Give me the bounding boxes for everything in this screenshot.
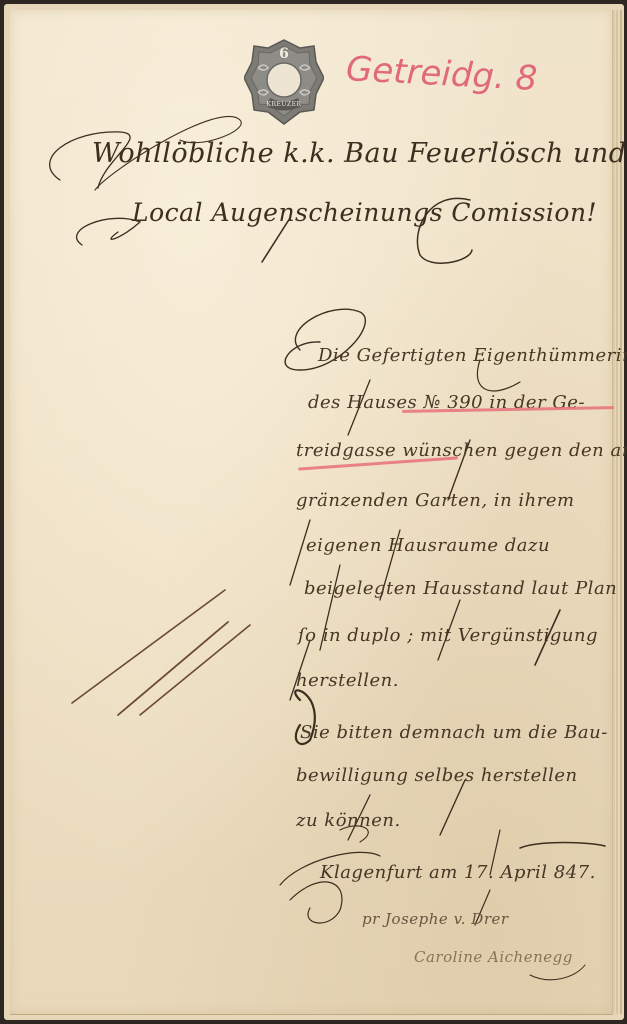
body-line: beigelegten Hausstand laut Plan bbox=[304, 578, 617, 599]
body-line: gränzenden Garten, in ihrem bbox=[296, 490, 575, 511]
body-line: ſo in duplo ; mit Vergünstigung bbox=[298, 625, 598, 646]
body-line: treidgasse wünschen gegen den an- bbox=[296, 440, 627, 461]
salutation-line-2: Local Augenscheinungs Comission! bbox=[132, 198, 597, 227]
signature-2: Caroline Aichenegg bbox=[414, 948, 573, 966]
stamp-label: KREUZER bbox=[244, 101, 324, 108]
body-line: zu können. bbox=[296, 810, 401, 831]
date-line: Klagenfurt am 17. April 847. bbox=[320, 862, 596, 883]
signature-1: pr Josephe v. Drer bbox=[362, 910, 509, 928]
salutation-line-1: Wohllöbliche k.k. Bau Feuerlösch und bbox=[92, 138, 627, 169]
body-line: bewilligung selbes herstellen bbox=[296, 765, 578, 786]
revenue-stamp: 6 KREUZER bbox=[244, 38, 324, 126]
stamp-value: 6 bbox=[244, 46, 324, 62]
body-line: herstellen. bbox=[296, 670, 399, 691]
body-line: eigenen Hausraume dazu bbox=[306, 535, 550, 556]
body-line: Die Gefertigten Eigenthümmerin bbox=[318, 345, 627, 366]
scanned-document: 6 KREUZER Getreidg. 8 bbox=[0, 0, 627, 1024]
body-line: Sie bitten demnach um die Bau- bbox=[300, 722, 608, 743]
